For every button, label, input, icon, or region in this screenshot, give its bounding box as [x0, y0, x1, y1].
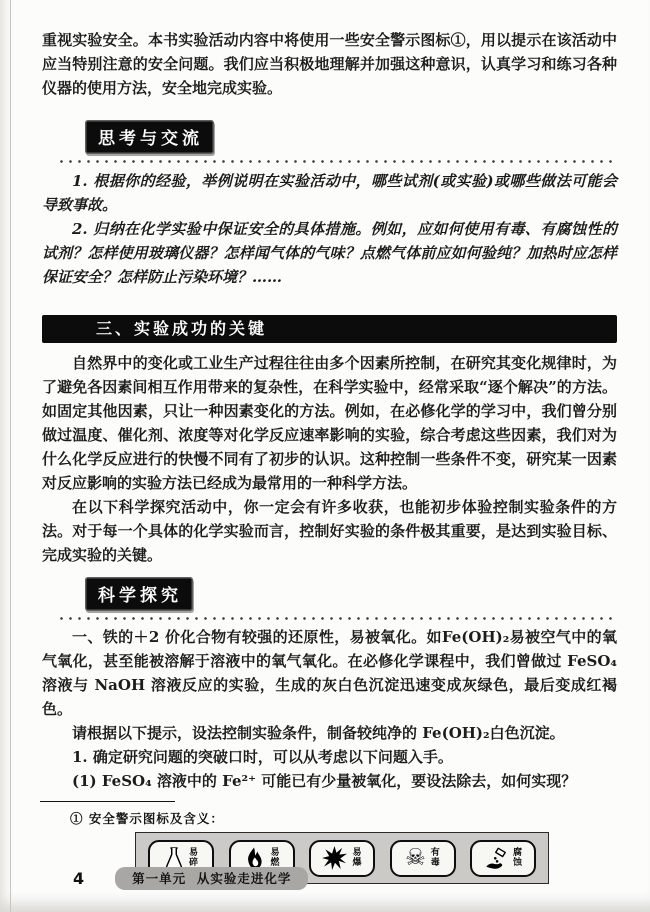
science-inquiry-banner: 科学探究	[85, 577, 193, 611]
think-item-1: 1. 根据你的经验，举例说明在实验活动中，哪些试剂(或实验)或哪些做法可能会导致…	[42, 169, 617, 217]
intro-paragraph: 重视实验安全。本书实验活动内容中将使用一些安全警示图标①，用以提示在该活动中应当…	[42, 28, 617, 100]
safety-chip-corrosive: 腐 蚀	[470, 840, 536, 877]
science-inquiry-title: 科学探究	[98, 586, 182, 606]
toxic-label-bottom: 毒	[431, 858, 440, 869]
inquiry-paragraph-2: 请根据以下提示，设法控制实验条件，制备较纯净的 Fe(OH)₂白色沉淀。	[42, 721, 617, 745]
explosive-label-top: 易	[352, 848, 361, 859]
section-three-header: 三、实验成功的关键	[42, 315, 617, 343]
textbook-page: 重视实验安全。本书实验活动内容中将使用一些安全警示图标①，用以提示在该活动中应当…	[0, 0, 650, 912]
fragile-label-top: 易	[189, 848, 198, 859]
safety-chip-toxic: ☠ 有 毒	[390, 840, 456, 877]
page-number: 4	[73, 869, 84, 888]
explosive-burst-icon	[322, 846, 347, 870]
corrosive-label-top: 腐	[513, 848, 522, 859]
corrosive-label-bottom: 蚀	[513, 858, 522, 869]
toxic-label: 有 毒	[431, 848, 440, 869]
page-content: 重视实验安全。本书实验活动内容中将使用一些安全警示图标①，用以提示在该活动中应当…	[42, 28, 617, 884]
unit-title-pill: 第一单元 从实验走进化学	[115, 867, 308, 890]
safety-chip-explosive: 易 爆	[309, 840, 375, 877]
section-three-title: 三、实验成功的关键	[96, 319, 267, 338]
flammable-label-top: 易	[270, 848, 279, 859]
scan-edge-line	[10, 0, 11, 912]
toxic-skull-icon: ☠	[405, 847, 426, 870]
section-three-paragraph-1: 自然界中的变化或工业生产过程往往由多个因素所控制，在研究其变化规律时，为了避免各…	[42, 351, 617, 495]
think-exchange-body: 1. 根据你的经验，举例说明在实验活动中，哪些试剂(或实验)或哪些做法可能会导致…	[42, 169, 617, 289]
dotted-divider	[60, 160, 617, 163]
toxic-label-top: 有	[431, 848, 440, 859]
think-exchange-banner: 思考与交流	[85, 120, 214, 154]
footnote-separator	[40, 801, 175, 802]
explosive-label-bottom: 爆	[352, 858, 361, 869]
footnote-label: ① 安全警示图标及含义：	[70, 809, 617, 827]
page-footer: 4 第一单元 从实验走进化学	[73, 867, 308, 890]
think-exchange-title: 思考与交流	[98, 129, 203, 149]
corrosive-label: 腐 蚀	[513, 848, 522, 869]
inquiry-paragraph-1: 一、铁的＋2 价化合物有较强的还原性，易被氧化。如Fe(OH)₂易被空气中的氧气…	[42, 625, 617, 721]
think-item-2: 2. 归纳在化学实验中保证安全的具体措施。例如，应如何使用有毒、有腐蚀性的试剂？…	[42, 217, 617, 289]
explosive-label: 易 爆	[352, 848, 361, 869]
flammable-label: 易 燃	[270, 848, 279, 869]
corrosive-icon	[484, 846, 508, 870]
section-three-paragraph-2: 在以下科学探究活动中，你一定会有许多收获，也能初步体验控制实验条件的方法。对于每…	[42, 495, 617, 567]
inquiry-paragraph-4: (1) FeSO₄ 溶液中的 Fe²⁺ 可能已有少量被氧化，要设法除去，如何实现…	[42, 769, 617, 793]
fragile-label: 易 碎	[189, 848, 198, 869]
inquiry-paragraph-3: 1. 确定研究问题的突破口时，可以从考虑以下问题入手。	[42, 745, 617, 769]
dotted-divider	[60, 617, 617, 620]
